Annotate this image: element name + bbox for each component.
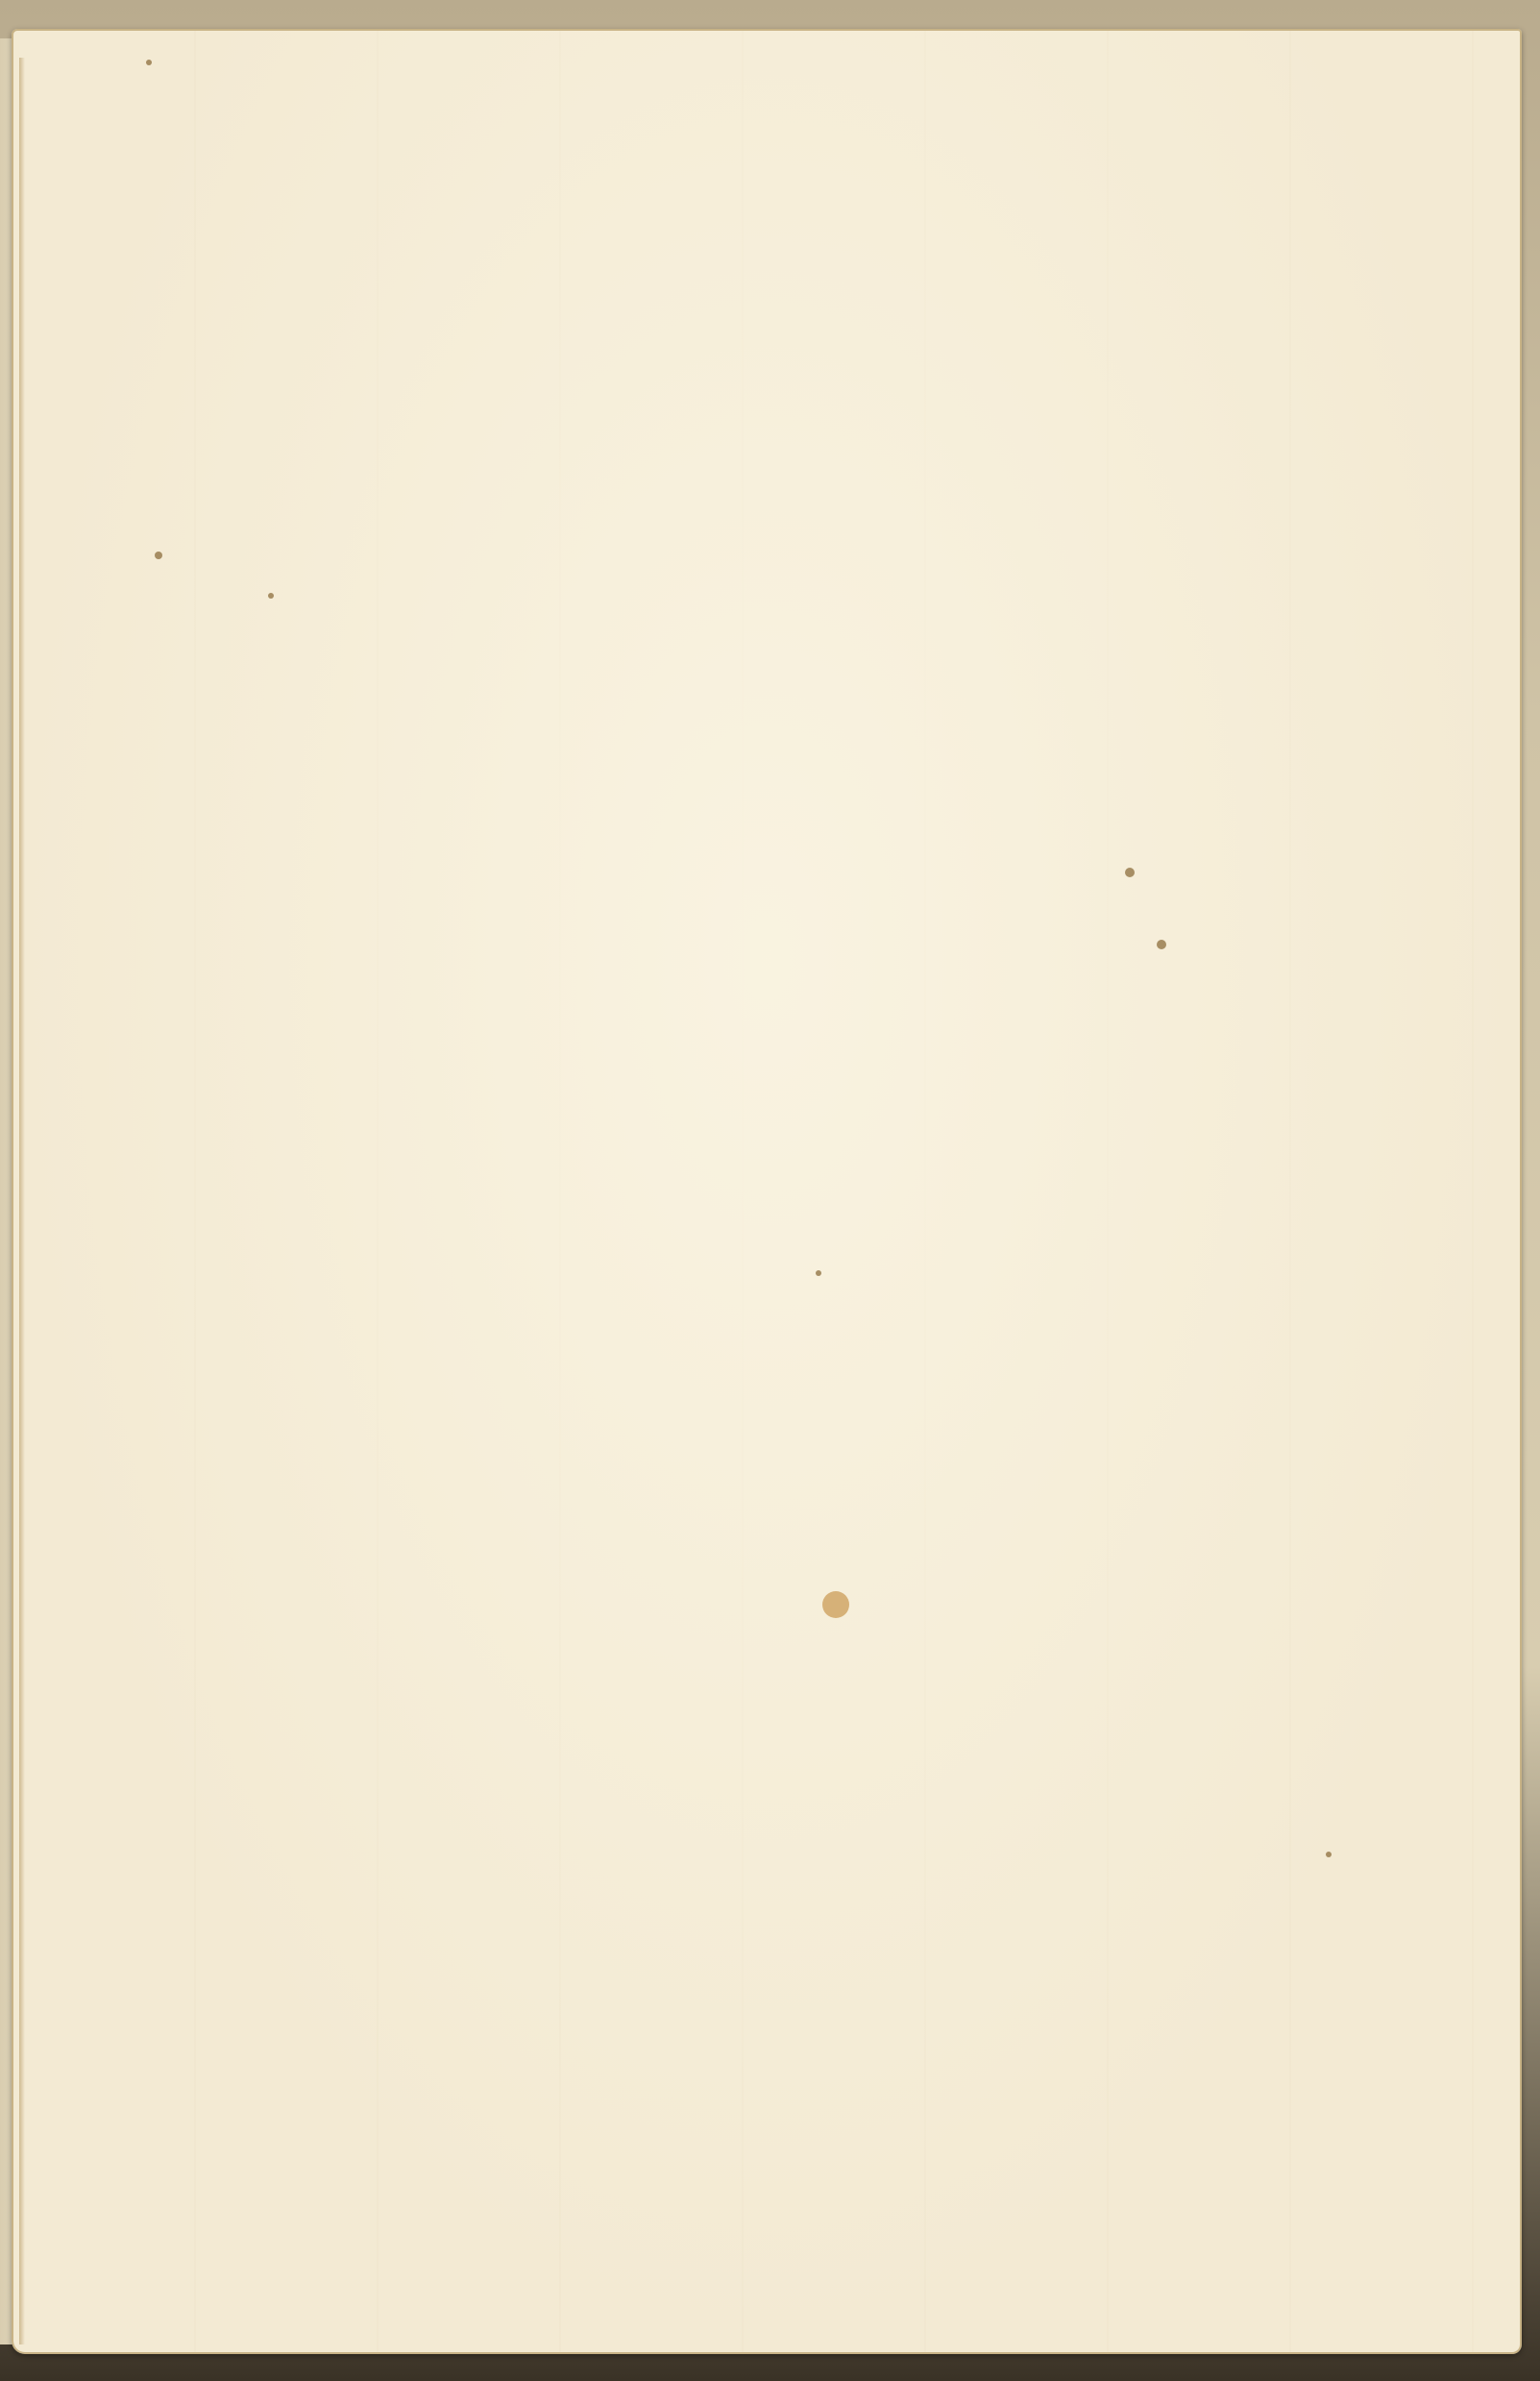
page-edge <box>19 58 25 2344</box>
blank-page <box>12 29 1522 2354</box>
foxing-spot <box>1125 868 1135 877</box>
foxing-spot <box>146 60 152 65</box>
foxing-spot <box>1326 1852 1332 1857</box>
foxing-spot <box>816 1270 821 1276</box>
foxing-spot <box>155 552 162 559</box>
foxing-spot <box>822 1591 849 1618</box>
foxing-spot <box>1157 940 1166 949</box>
foxing-spot <box>268 593 274 599</box>
